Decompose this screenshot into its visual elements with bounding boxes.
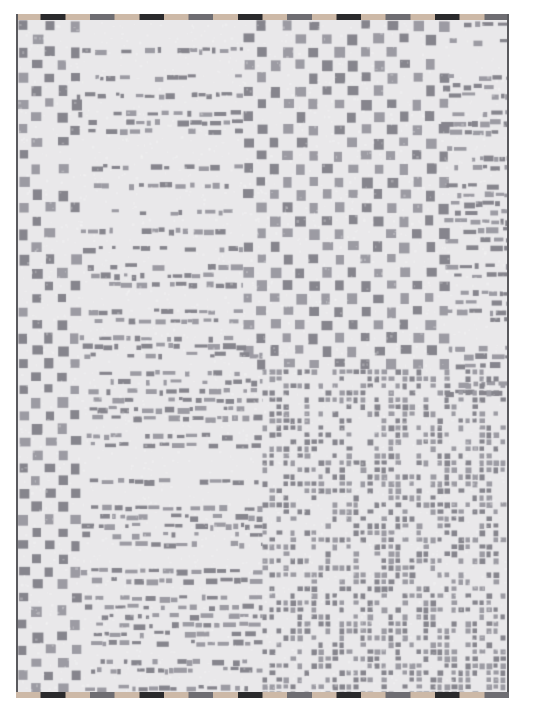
right-selvedge: [507, 14, 509, 698]
bottom-fringe-band: [16, 692, 509, 698]
rug: [16, 14, 509, 698]
rug-pattern-field: [18, 20, 507, 692]
